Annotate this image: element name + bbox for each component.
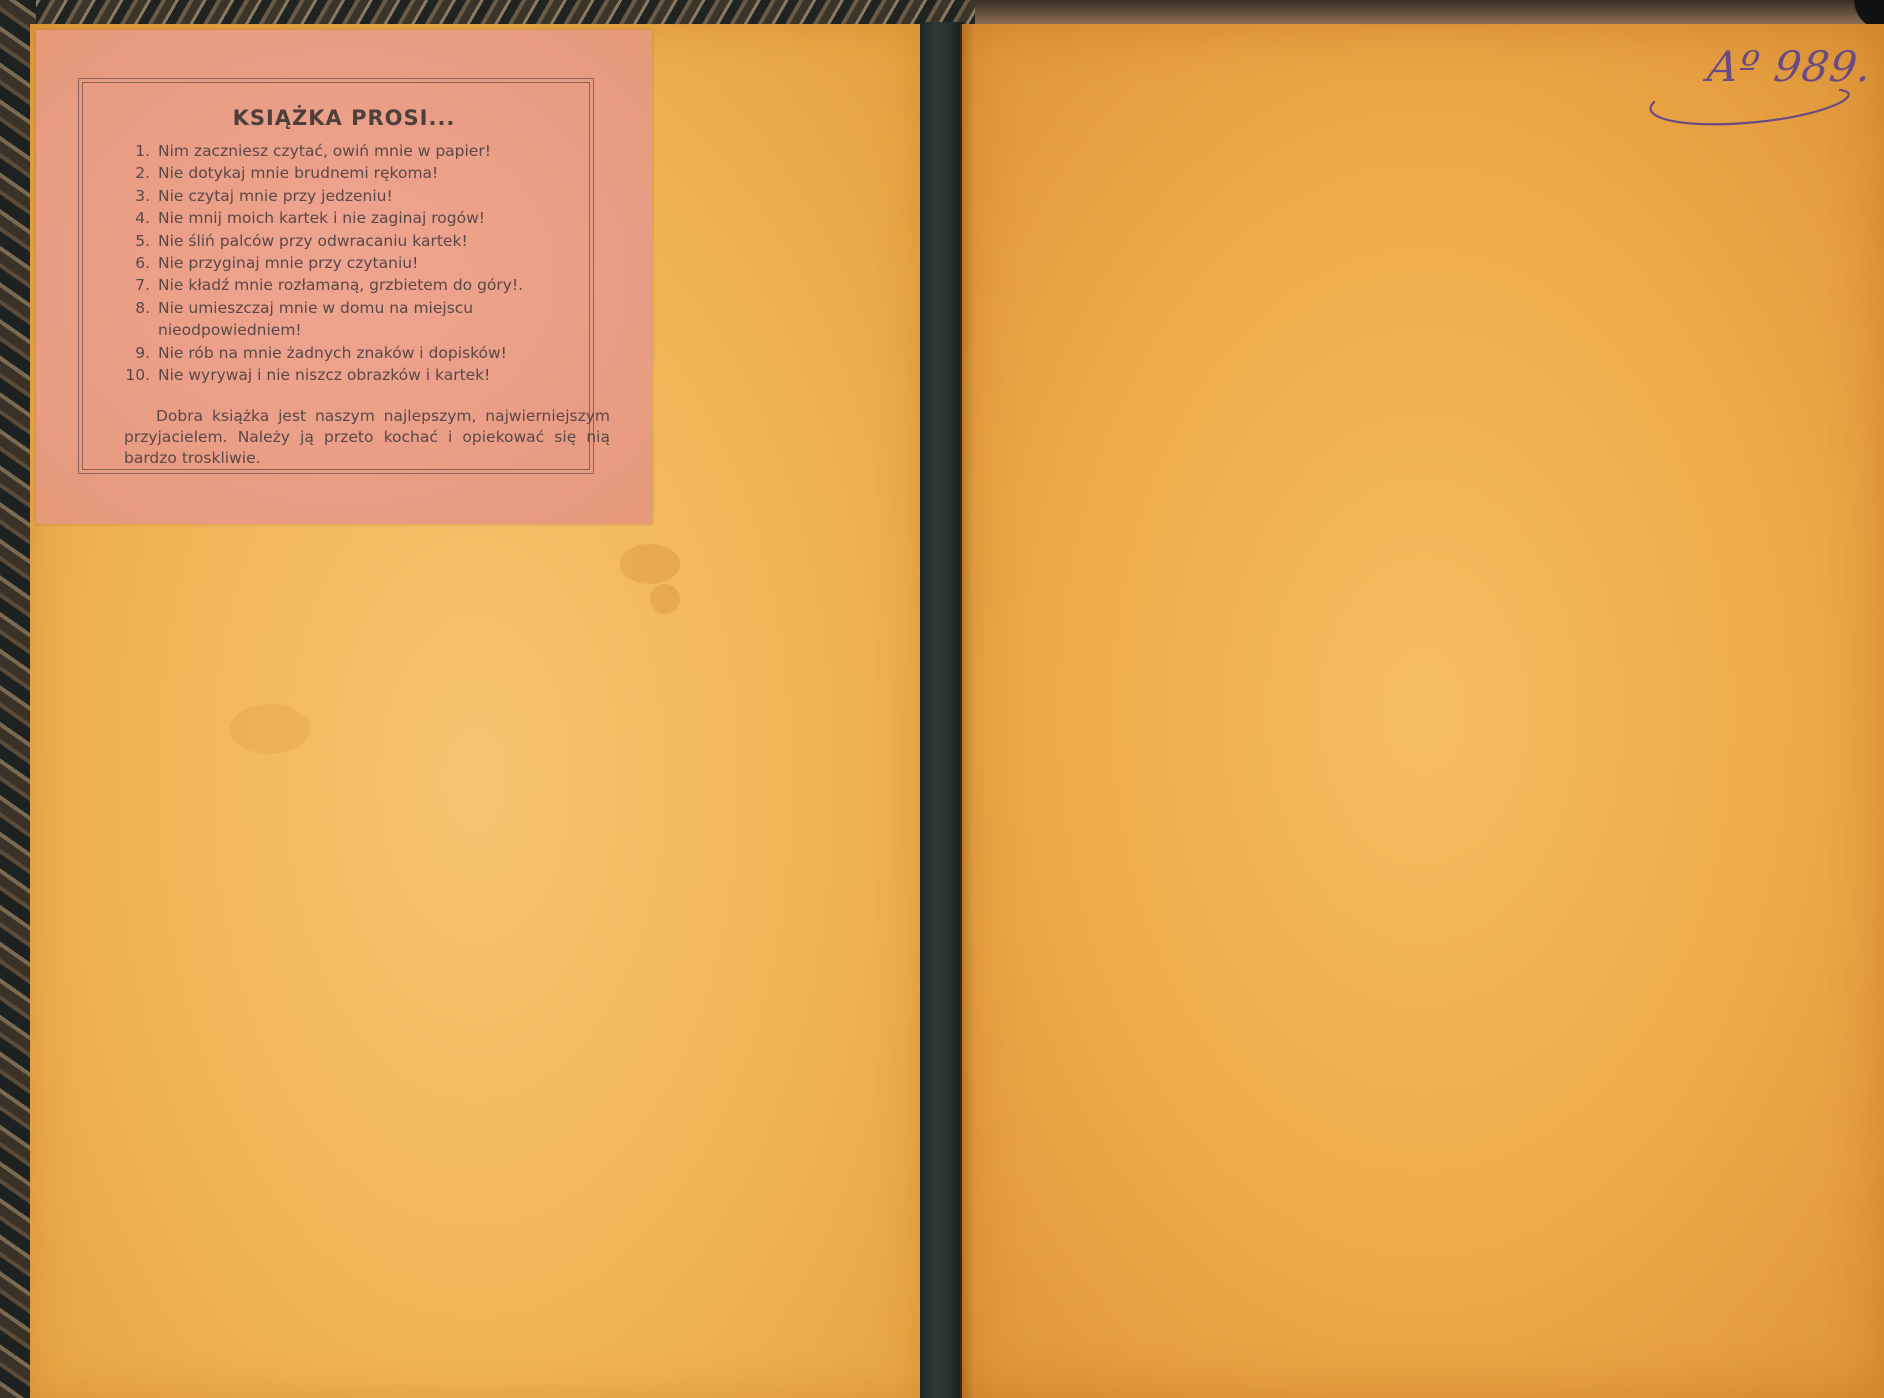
stain: [230, 704, 310, 754]
rule-text: Nie przyginaj mnie przy czytaniu!: [158, 252, 608, 274]
rule-number: 6.: [118, 252, 158, 274]
rule-number: 9.: [118, 342, 158, 364]
book-scan: KSIĄŻKA PROSI... 1.Nim zaczniesz czytać,…: [0, 0, 1884, 1398]
rule-text: Nie kładź mnie rozłamaną, grzbietem do g…: [158, 274, 608, 296]
rule-text: Nim zaczniesz czytać, owiń mnie w papier…: [158, 140, 608, 162]
bookplate-label: KSIĄŻKA PROSI... 1.Nim zaczniesz czytać,…: [36, 30, 652, 524]
rule-number: 10.: [118, 364, 158, 386]
rule-number: 8.: [118, 297, 158, 342]
rule-item: 8.Nie umieszczaj mnie w domu na miejscu …: [118, 297, 608, 342]
rule-number: 4.: [118, 207, 158, 229]
rule-number: 7.: [118, 274, 158, 296]
rule-number: 2.: [118, 162, 158, 184]
rule-text: Nie umieszczaj mnie w domu na miejscu ni…: [158, 297, 608, 342]
rule-text: Nie śliń palców przy odwracaniu kartek!: [158, 230, 608, 252]
gutter-shadow: [960, 24, 974, 1398]
rule-text: Nie rób na mnie żadnych znaków i dopiskó…: [158, 342, 608, 364]
label-closing-paragraph: Dobra książka jest naszym najlepszym, na…: [124, 406, 610, 469]
rule-text: Nie mnij moich kartek i nie zaginaj rogó…: [158, 207, 608, 229]
rule-item: 4.Nie mnij moich kartek i nie zaginaj ro…: [118, 207, 608, 229]
rule-text: Nie dotykaj mnie brudnemi rękoma!: [158, 162, 608, 184]
rule-item: 6.Nie przyginaj mnie przy czytaniu!: [118, 252, 608, 274]
right-flyleaf-page: [962, 24, 1884, 1398]
rule-text: Nie czytaj mnie przy jedzeniu!: [158, 185, 608, 207]
rule-item: 2.Nie dotykaj mnie brudnemi rękoma!: [118, 162, 608, 184]
rule-number: 5.: [118, 230, 158, 252]
stain: [620, 544, 680, 584]
underline-flourish-icon: [1640, 80, 1880, 130]
rule-item: 7.Nie kładź mnie rozłamaną, grzbietem do…: [118, 274, 608, 296]
rule-item: 5.Nie śliń palców przy odwracaniu kartek…: [118, 230, 608, 252]
page-top-edge: [975, 0, 1884, 24]
rule-text: Nie wyrywaj i nie niszcz obrazków i kart…: [158, 364, 608, 386]
rule-item: 3.Nie czytaj mnie przy jedzeniu!: [118, 185, 608, 207]
spine-hinge-cloth: [920, 22, 964, 1398]
rule-number: 3.: [118, 185, 158, 207]
rules-list: 1.Nim zaczniesz czytać, owiń mnie w papi…: [118, 140, 608, 386]
stain: [650, 584, 680, 614]
rule-item: 9.Nie rób na mnie żadnych znaków i dopis…: [118, 342, 608, 364]
rule-number: 1.: [118, 140, 158, 162]
rule-item: 10.Nie wyrywaj i nie niszcz obrazków i k…: [118, 364, 608, 386]
rule-item: 1.Nim zaczniesz czytać, owiń mnie w papi…: [118, 140, 608, 162]
label-title: KSIĄŻKA PROSI...: [36, 106, 652, 130]
